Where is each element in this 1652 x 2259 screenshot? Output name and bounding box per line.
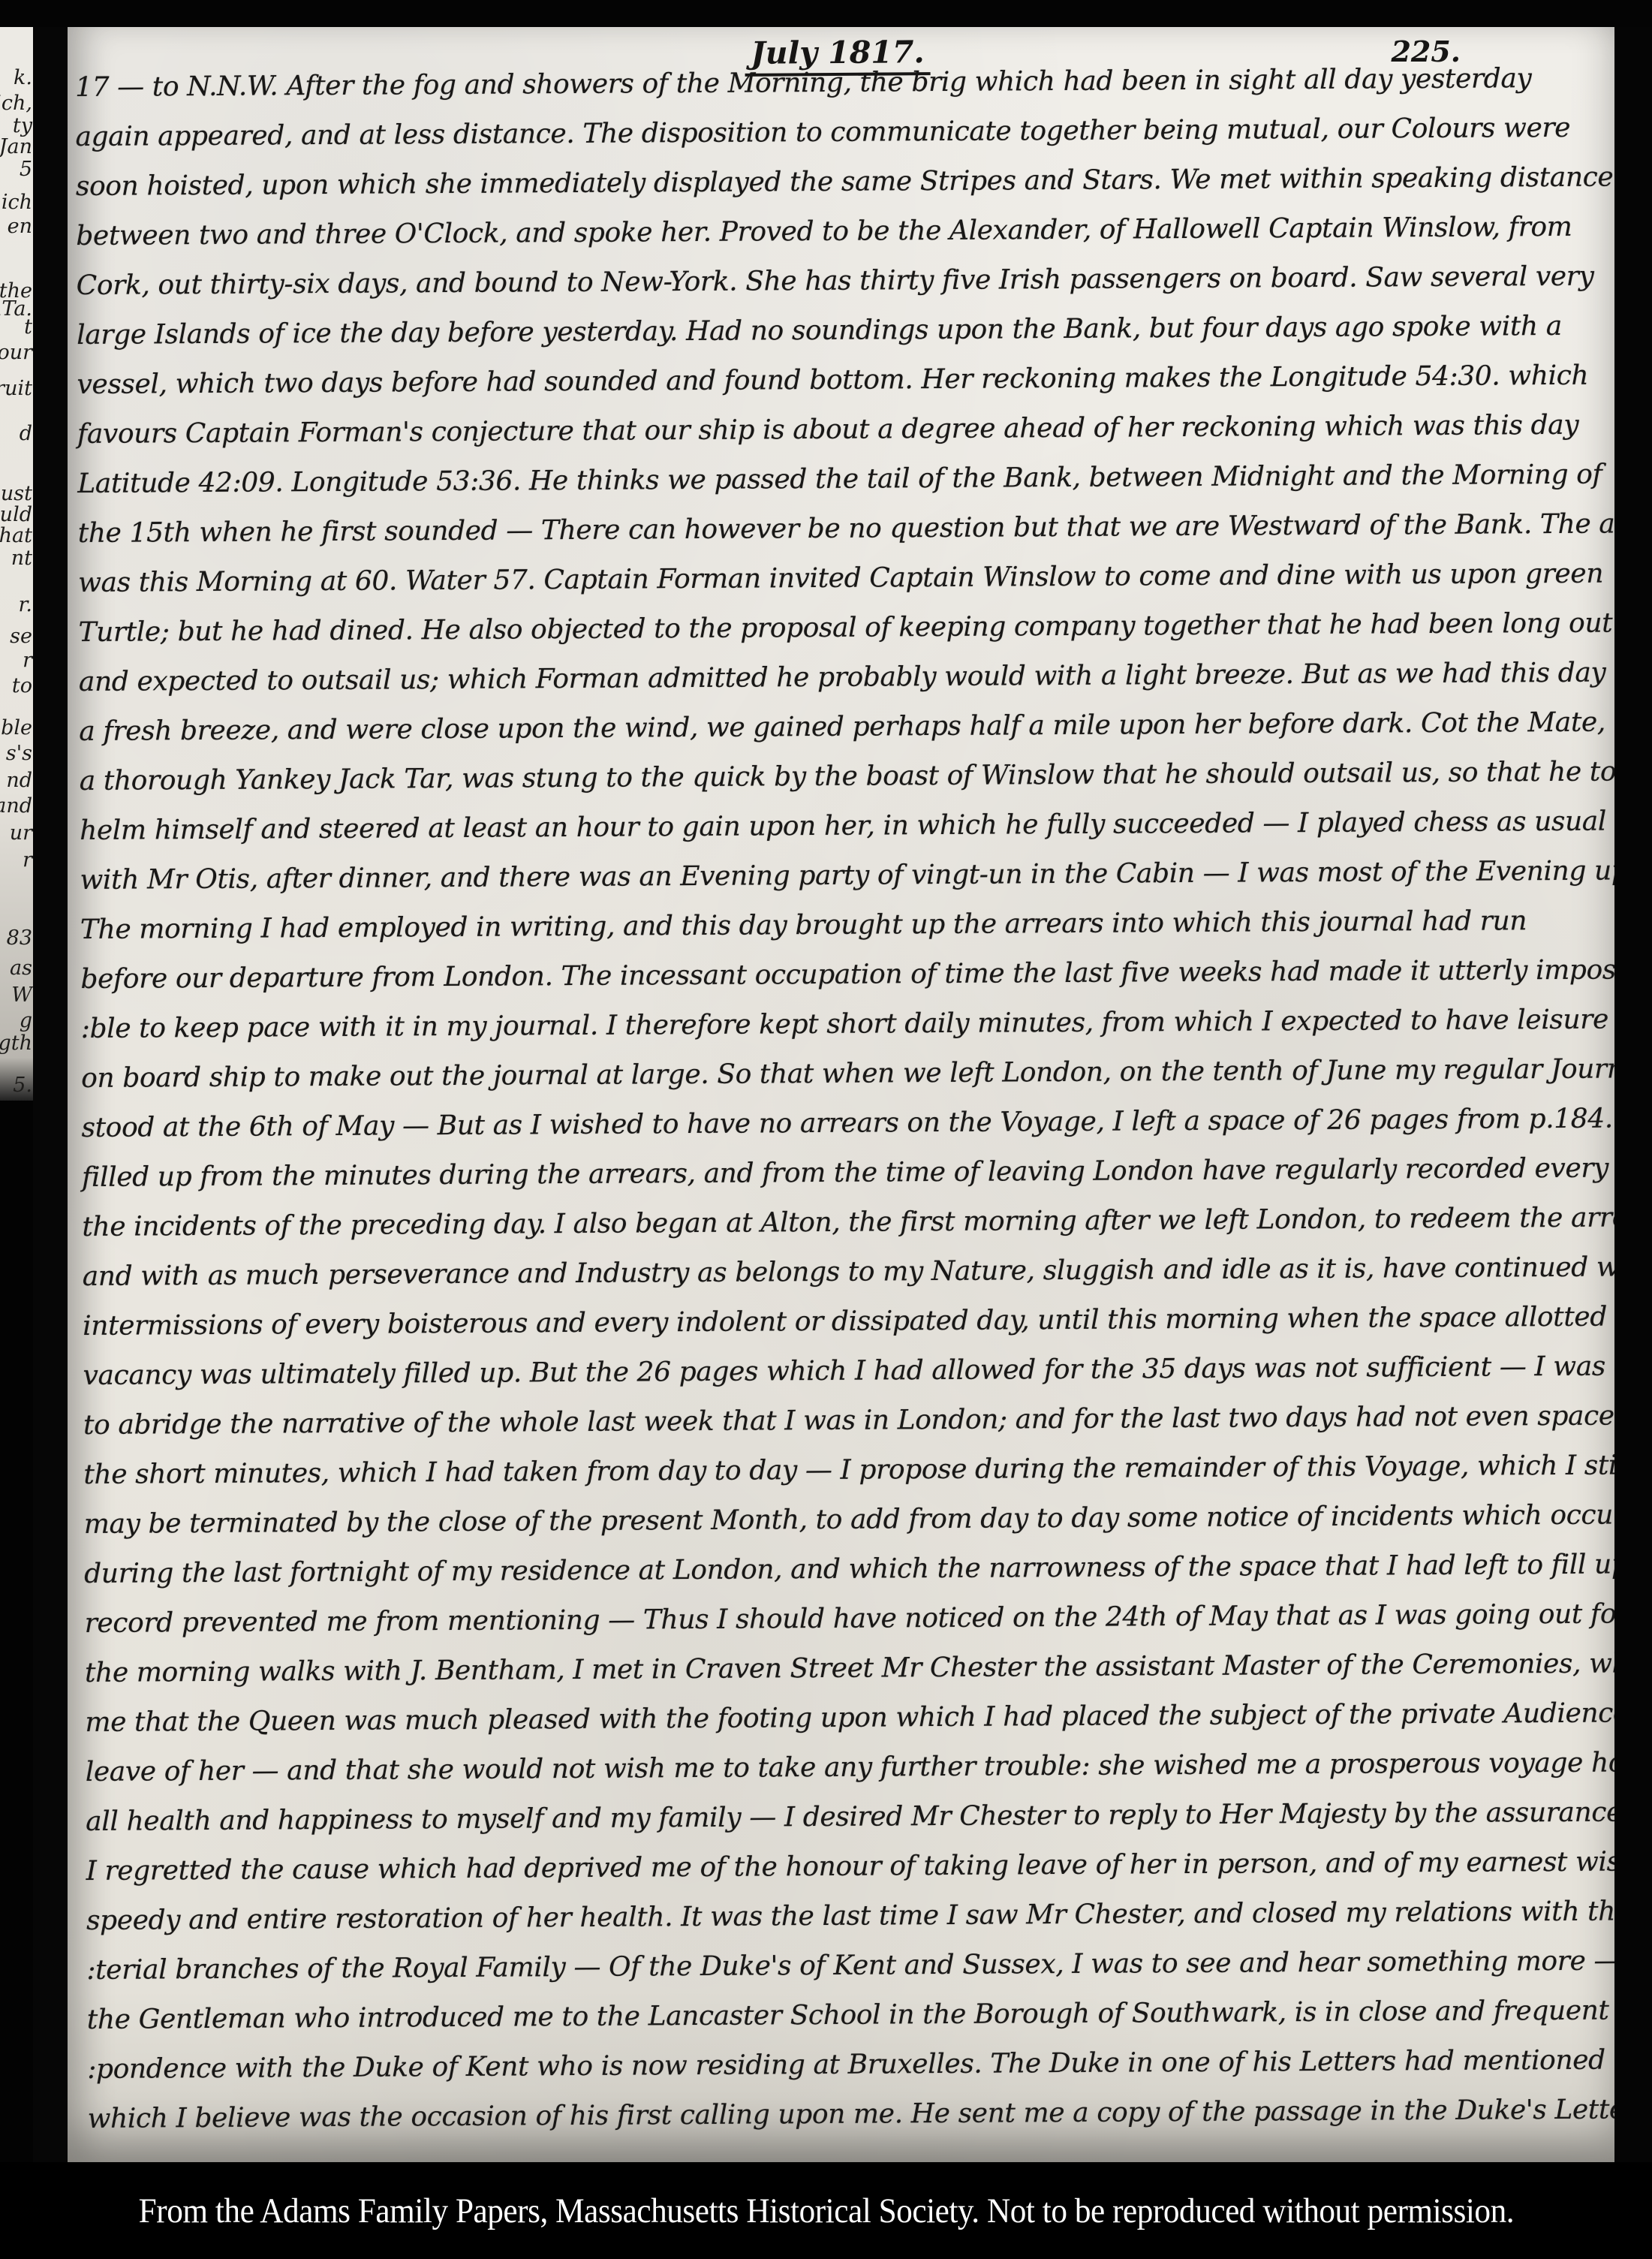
- margin-fragment: ur: [10, 821, 32, 845]
- margin-fragment: ty: [13, 114, 32, 137]
- manuscript-line: and expected to outsail us; which Forman…: [79, 657, 1613, 715]
- margin-fragment: g: [20, 1009, 32, 1032]
- margin-fragment: ruit: [0, 377, 32, 400]
- margin-fragment: en: [8, 215, 32, 238]
- manuscript-line: I regretted the cause which had deprived…: [86, 1846, 1620, 1905]
- caption-text: From the Adams Family Papers, Massachuse…: [138, 2191, 1513, 2231]
- margin-fragment: s that: [0, 524, 32, 547]
- margin-fragment: r: [23, 848, 32, 872]
- margin-fragment: nd: [6, 769, 32, 792]
- manuscript-line: again appeared, and at less distance. Th…: [75, 113, 1609, 171]
- manuscript-line: intermissions of every boisterous and ev…: [83, 1301, 1617, 1360]
- manuscript-line: a thorough Yankey Jack Tar, was stung to…: [80, 756, 1614, 815]
- manuscript-line: speedy and entire restoration of her hea…: [86, 1896, 1620, 1954]
- manuscript-line: the Gentleman who introduced me to the L…: [87, 1995, 1621, 2053]
- margin-fragment: gth: [0, 1032, 32, 1055]
- margin-fragment: and: [0, 794, 32, 818]
- margin-fragment: d: [20, 422, 32, 445]
- manuscript-line: between two and three O'Clock, and spoke…: [76, 212, 1610, 270]
- margin-fragment: r: [23, 649, 32, 672]
- manuscript-line: :pondence with the Duke of Kent who is n…: [87, 2044, 1621, 2103]
- scan-right-border: [1614, 0, 1652, 2162]
- margin-fragment: ble: [1, 716, 32, 739]
- margin-fragment: W: [11, 983, 32, 1007]
- manuscript-page: July 1817. 225. 17 — to N.N.W. After the…: [68, 27, 1614, 2162]
- manuscript-line: on board ship to make out the journal at…: [81, 1053, 1615, 1112]
- margin-fragment: 5: [20, 158, 32, 181]
- manuscript-line: favours Captain Forman's conjecture that…: [77, 410, 1611, 468]
- manuscript-line: Latitude 42:09. Longitude 53:36. He thin…: [77, 459, 1611, 518]
- manuscript-line: large Islands of ice the day before yest…: [77, 311, 1611, 369]
- manuscript-line: Cork, out thirty-six days, and bound to …: [77, 261, 1611, 320]
- margin-fragment: k.: [14, 66, 32, 89]
- manuscript-line: helm himself and steered at least an hou…: [80, 806, 1614, 864]
- margin-fragment: iJan: [0, 135, 32, 158]
- margin-fragment: ust: [1, 482, 32, 505]
- margin-fragment: 5.: [13, 1074, 32, 1097]
- manuscript-line: vessel, which two days before had sounde…: [77, 360, 1611, 419]
- margin-fragment: r.: [18, 593, 32, 616]
- manuscript-line: to abridge the narrative of the whole la…: [83, 1400, 1617, 1459]
- manuscript-line: stood at the 6th of May — But as I wishe…: [81, 1103, 1615, 1161]
- manuscript-line: The morning I had employed in writing, a…: [80, 905, 1614, 963]
- caption-bar: From the Adams Family Papers, Massachuse…: [0, 2162, 1652, 2259]
- page-gutter: [33, 0, 68, 2162]
- facing-page-edge: k.ich,tyiJan5hichenthenTa.tourruitdustwo…: [0, 27, 33, 1101]
- manuscript-line: filled up from the minutes during the ar…: [82, 1152, 1616, 1211]
- manuscript-line: and with as much perseverance and Indust…: [83, 1251, 1617, 1310]
- manuscript-line: before our departure from London. The in…: [80, 954, 1614, 1013]
- manuscript-line: may be terminated by the close of the pr…: [84, 1499, 1618, 1558]
- manuscript-line: which I believe was the occasion of his …: [88, 2094, 1622, 2152]
- manuscript-scan: k.ich,tyiJan5hichenthenTa.tourruitdustwo…: [0, 0, 1652, 2259]
- manuscript-line: soon hoisted, upon which she immediately…: [76, 162, 1610, 221]
- manuscript-line: during the last fortnight of my residenc…: [84, 1549, 1618, 1607]
- manuscript-lines: 17 — to N.N.W. After the fog and showers…: [75, 63, 1622, 2153]
- margin-fragment: to: [12, 674, 32, 697]
- margin-fragment: s's: [6, 742, 32, 765]
- margin-fragment: nt: [11, 547, 32, 570]
- margin-fragment: hich: [0, 191, 32, 214]
- margin-fragment: ich,: [0, 92, 32, 115]
- manuscript-line: the 15th when he first sounded — There c…: [78, 509, 1612, 568]
- margin-fragment: t: [24, 315, 32, 339]
- margin-fragment: would: [0, 503, 32, 526]
- manuscript-line: leave of her — and that she would not wi…: [86, 1747, 1620, 1806]
- margin-fragment: our: [0, 341, 32, 364]
- manuscript-line: vacancy was ultimately filled up. But th…: [83, 1351, 1617, 1409]
- margin-fragment: 83: [7, 926, 32, 950]
- manuscript-line: a fresh breeze, and were close upon the …: [79, 706, 1613, 765]
- manuscript-line: 17 — to N.N.W. After the fog and showers…: [75, 63, 1609, 122]
- manuscript-line: was this Morning at 60. Water 57. Captai…: [78, 559, 1612, 617]
- manuscript-line: the short minutes, which I had taken fro…: [83, 1450, 1617, 1508]
- margin-fragment: se: [10, 625, 32, 648]
- manuscript-line: with Mr Otis, after dinner, and there wa…: [80, 855, 1614, 914]
- manuscript-line: the morning walks with J. Bentham, I met…: [85, 1648, 1619, 1706]
- manuscript-line: Turtle; but he had dined. He also object…: [78, 608, 1612, 667]
- margin-fragment: as: [10, 956, 32, 980]
- manuscript-line: the incidents of the preceding day. I al…: [82, 1202, 1616, 1261]
- manuscript-line: :ble to keep pace with it in my journal.…: [81, 1004, 1615, 1062]
- manuscript-line: me that the Queen was much pleased with …: [85, 1697, 1619, 1756]
- manuscript-line: all health and happiness to myself and m…: [86, 1797, 1620, 1855]
- manuscript-line: record prevented me from mentioning — Th…: [84, 1598, 1618, 1657]
- scan-top-border: [0, 0, 1652, 27]
- manuscript-line: :terial branches of the Royal Family — O…: [86, 1945, 1620, 2004]
